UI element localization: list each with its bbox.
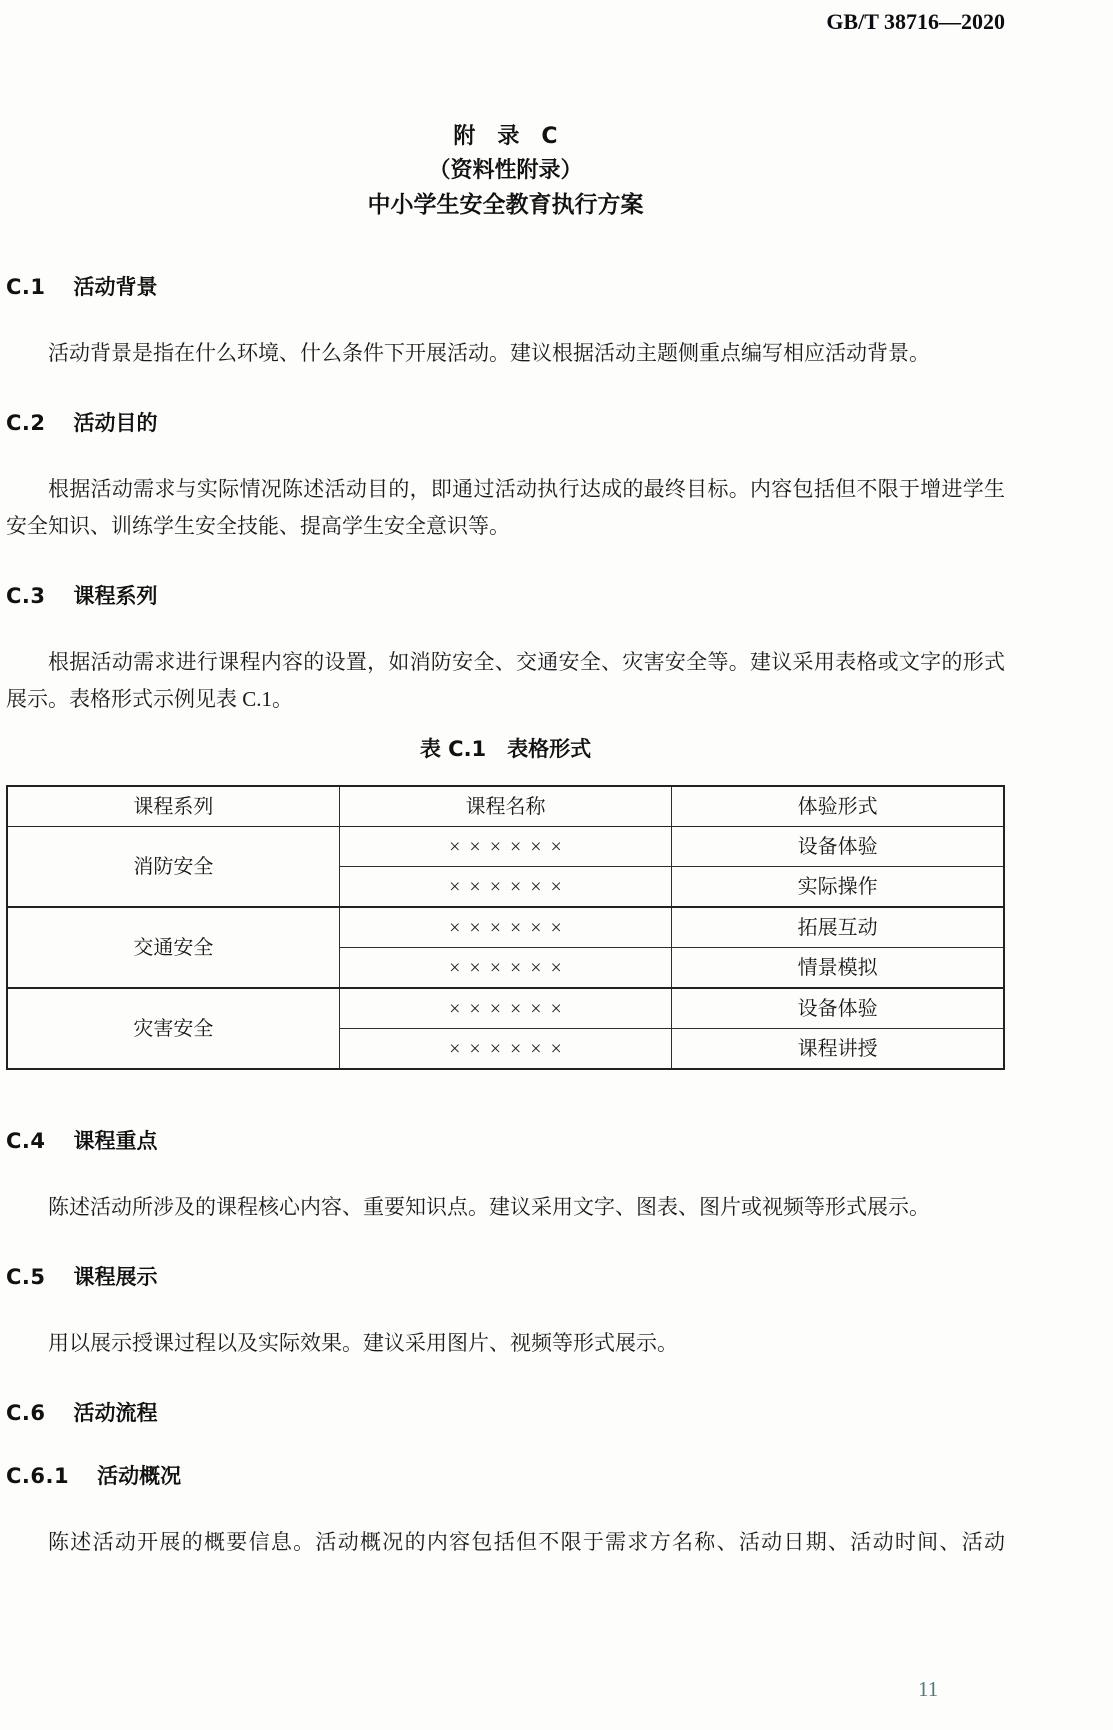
section-title: 课程展示	[74, 1265, 158, 1289]
section-heading-c4: C.4课程重点	[6, 1130, 1005, 1153]
course-table: 课程系列 课程名称 体验形式 消防安全 ×××××× 设备体验 ×××××× 实…	[6, 785, 1005, 1070]
series-cell-traffic: 交通安全	[7, 907, 339, 988]
standard-code-header: GB/T 38716—2020	[6, 0, 1005, 34]
course-name-cell: ××××××	[339, 948, 671, 989]
section-title: 活动背景	[74, 275, 158, 299]
course-name-cell: ××××××	[339, 827, 671, 867]
section-id: C.6.1	[6, 1464, 69, 1488]
section-paragraph-c6-1: 陈述活动开展的概要信息。活动概况的内容包括但不限于需求方名称、活动日期、活动时间…	[6, 1524, 1005, 1561]
column-header-course-name: 课程名称	[339, 786, 671, 827]
section-heading-c6-1: C.6.1活动概况	[6, 1465, 1005, 1488]
table-header-row: 课程系列 课程名称 体验形式	[7, 786, 1004, 827]
course-name-cell: ××××××	[339, 1029, 671, 1070]
section-id: C.5	[6, 1265, 46, 1289]
section-paragraph-c4: 陈述活动所涉及的课程核心内容、重要知识点。建议采用文字、图表、图片或视频等形式展…	[6, 1189, 1005, 1226]
section-title: 活动流程	[74, 1401, 158, 1425]
section-paragraph-c1: 活动背景是指在什么环境、什么条件下开展活动。建议根据活动主题侧重点编写相应活动背…	[6, 335, 1005, 372]
section-id: C.3	[6, 584, 46, 608]
section-title: 课程重点	[74, 1129, 158, 1153]
page-content: GB/T 38716—2020 附 录 C （资料性附录） 中小学生安全教育执行…	[6, 0, 1005, 1561]
series-cell-disaster: 灾害安全	[7, 988, 339, 1069]
section-title: 活动目的	[74, 411, 158, 435]
series-cell-fire: 消防安全	[7, 827, 339, 908]
appendix-title: 附 录 C	[6, 120, 1005, 154]
table-caption: 表 C.1 表格形式	[6, 738, 1005, 761]
page-number: 11	[918, 1678, 938, 1700]
course-name-cell: ××××××	[339, 867, 671, 908]
section-heading-c5: C.5课程展示	[6, 1266, 1005, 1289]
appendix-subtitle: （资料性附录）	[6, 154, 1005, 188]
column-header-experience-form: 体验形式	[672, 786, 1004, 827]
experience-form-cell: 拓展互动	[672, 907, 1004, 948]
section-heading-c3: C.3课程系列	[6, 585, 1005, 608]
experience-form-cell: 课程讲授	[672, 1029, 1004, 1070]
section-id: C.1	[6, 275, 46, 299]
section-id: C.2	[6, 411, 46, 435]
course-name-cell: ××××××	[339, 988, 671, 1029]
section-heading-c1: C.1活动背景	[6, 276, 1005, 299]
section-heading-c6: C.6活动流程	[6, 1402, 1005, 1425]
section-heading-c2: C.2活动目的	[6, 412, 1005, 435]
section-paragraph-c3: 根据活动需求进行课程内容的设置，如消防安全、交通安全、灾害安全等。建议采用表格或…	[6, 644, 1005, 718]
section-title: 课程系列	[74, 584, 158, 608]
appendix-name: 中小学生安全教育执行方案	[6, 188, 1005, 222]
table-row: 消防安全 ×××××× 设备体验	[7, 827, 1004, 867]
column-header-series: 课程系列	[7, 786, 339, 827]
table-row: 灾害安全 ×××××× 设备体验	[7, 988, 1004, 1029]
table-row: 交通安全 ×××××× 拓展互动	[7, 907, 1004, 948]
section-paragraph-c5: 用以展示授课过程以及实际效果。建议采用图片、视频等形式展示。	[6, 1325, 1005, 1362]
course-name-cell: ××××××	[339, 907, 671, 948]
section-title: 活动概况	[97, 1464, 181, 1488]
document-page: { "page": { "header_code": "GB/T 38716—2…	[0, 0, 1113, 1730]
experience-form-cell: 设备体验	[672, 988, 1004, 1029]
section-paragraph-c2: 根据活动需求与实际情况陈述活动目的，即通过活动执行达成的最终目标。内容包括但不限…	[6, 471, 1005, 545]
experience-form-cell: 情景模拟	[672, 948, 1004, 989]
experience-form-cell: 设备体验	[672, 827, 1004, 867]
section-id: C.4	[6, 1129, 46, 1153]
section-id: C.6	[6, 1401, 46, 1425]
experience-form-cell: 实际操作	[672, 867, 1004, 908]
appendix-title-block: 附 录 C （资料性附录） 中小学生安全教育执行方案	[6, 120, 1005, 222]
